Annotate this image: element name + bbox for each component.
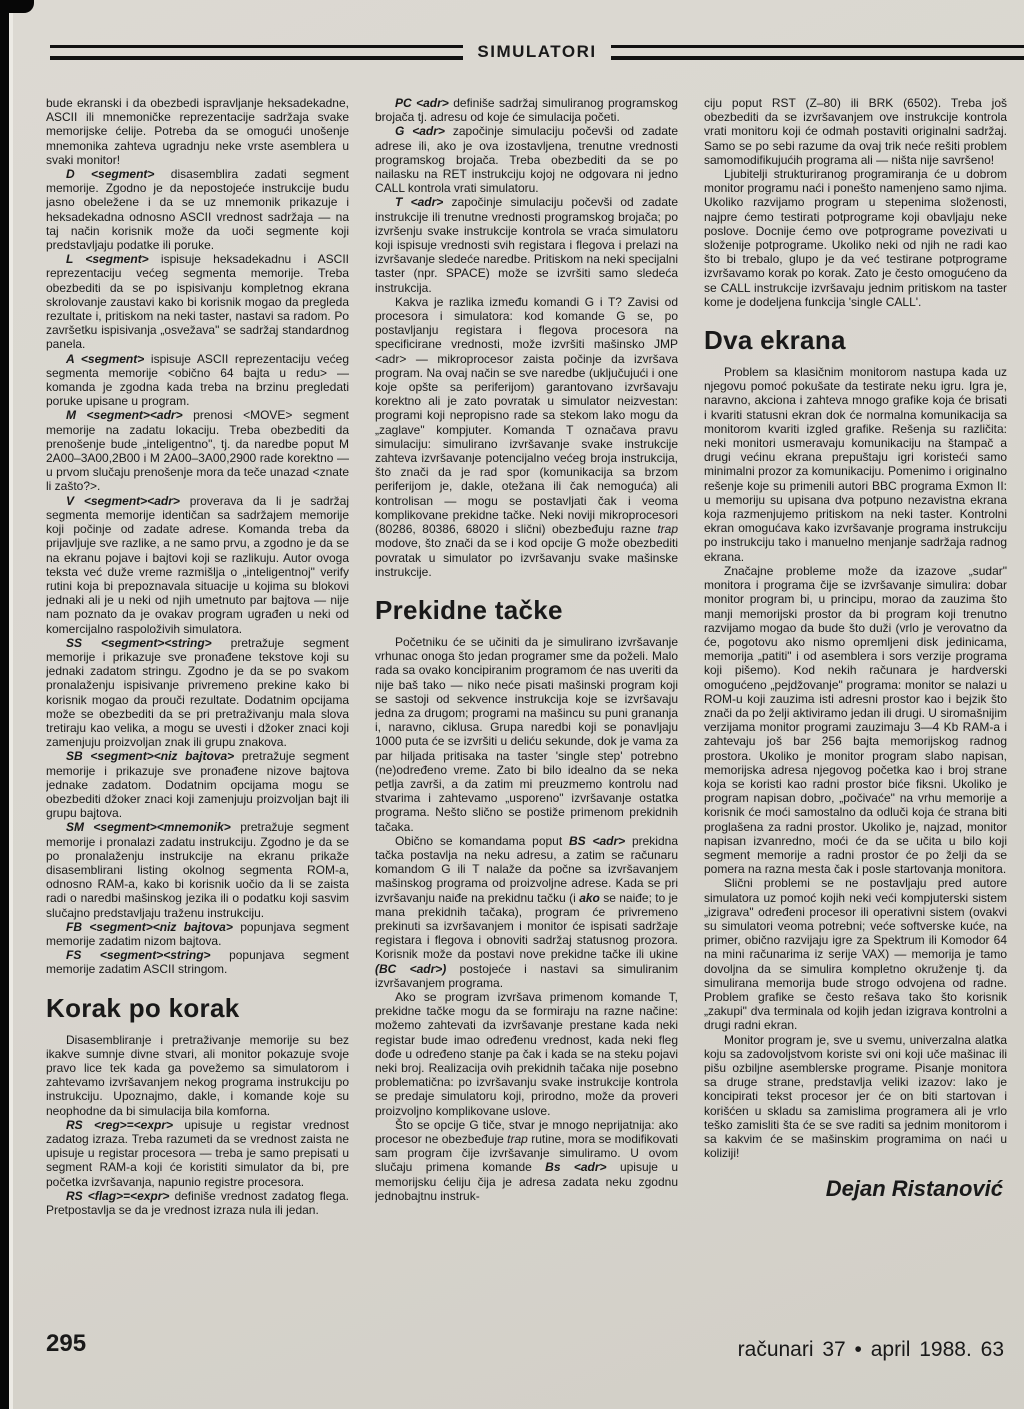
italic-term: trap [657, 522, 678, 536]
paragraph: Disasembliranje i pretraživanje memorije… [46, 1033, 349, 1118]
paragraph: RS <flag>=<expr> definiše vrednost zadat… [46, 1189, 349, 1217]
paragraph: D <segment> disasemblira zadati segment … [46, 167, 349, 252]
command-name: L <segment> [66, 252, 149, 266]
header-rule-right [611, 45, 1024, 60]
command-name: SB <segment><niz bajtova> [66, 749, 234, 763]
column-3: ciju poput RST (Z–80) ili BRK (6502). Tr… [704, 96, 1007, 1324]
paragraph: Monitor program je, sve u svemu, univerz… [704, 1033, 1007, 1161]
paragraph: L <segment> ispisuje heksadekadnu i ASCI… [46, 252, 349, 351]
paragraph: G <adr> započinje simulaciju počevši od … [375, 124, 678, 195]
paragraph: Ako se program izvršava primenom komande… [375, 990, 678, 1118]
paragraph: Što se opcije G tiče, stvar je mnogo nep… [375, 1118, 678, 1203]
paragraph: M <segment><adr> prenosi <MOVE> segment … [46, 408, 349, 493]
paragraph: SM <segment><mnemonik> pretražuje segmen… [46, 820, 349, 919]
command-name: Bs <adr> [545, 1160, 606, 1174]
scan-edge-strip [0, 0, 9, 1409]
paragraph: SB <segment><niz bajtova> pretražuje seg… [46, 749, 349, 820]
article-columns: bude ekranski i da obezbedi ispravljanje… [46, 96, 1008, 1324]
author-signature: Dejan Ristanović [704, 1176, 1007, 1202]
paragraph: ciju poput RST (Z–80) ili BRK (6502). Tr… [704, 96, 1007, 167]
command-name: A <segment> [66, 352, 144, 366]
command-name: V <segment><adr> [66, 494, 180, 508]
paragraph: A <segment> ispisuje ASCII reprezentacij… [46, 352, 349, 409]
header-rule-left [50, 45, 463, 60]
page-header: SIMULATORI [50, 42, 1024, 62]
section-heading: Korak po korak [46, 993, 349, 1024]
paragraph: RS <reg>=<expr> upisuje u registar vredn… [46, 1118, 349, 1189]
paragraph: FS <segment><string> popunjava segment m… [46, 948, 349, 976]
command-name: BS <adr> [569, 834, 625, 848]
command-name: SS <segment><string> [66, 636, 212, 650]
paragraph: FB <segment><niz bajtova> popunjava segm… [46, 920, 349, 948]
column-2: PC <adr> definiše sadržaj simuliranog pr… [375, 96, 678, 1324]
page-title: SIMULATORI [477, 42, 596, 62]
paragraph: V <segment><adr> proverava da li je sadr… [46, 494, 349, 636]
command-name: FS <segment><string> [66, 948, 211, 962]
section-heading: Dva ekrana [704, 325, 1007, 356]
paragraph: SS <segment><string> pretražuje segment … [46, 636, 349, 750]
command-name: M <segment><adr> [66, 408, 183, 422]
command-name: T <adr> [395, 195, 443, 209]
paragraph: Kakva je razlika između komandi G i T? Z… [375, 295, 678, 579]
scan-corner-mark [0, 0, 34, 13]
italic-term: trap [507, 1132, 528, 1146]
paragraph: Problem sa klasičnim monitorom nastupa k… [704, 365, 1007, 564]
paragraph: PC <adr> definiše sadržaj simuliranog pr… [375, 96, 678, 124]
paragraph: Početniku će se učiniti da je simulirano… [375, 635, 678, 834]
scan-edge-sliver [9, 0, 13, 1409]
command-name: D <segment> [66, 167, 154, 181]
command-name: ako [579, 891, 600, 905]
footer-journal-line: računari 37 • april 1988. 63 [738, 1338, 1004, 1362]
command-name: FB <segment><niz bajtova> [66, 920, 233, 934]
command-name: PC <adr> [395, 96, 449, 110]
command-name: (BC <adr>) [375, 962, 446, 976]
paragraph: Značajne probleme može da izazove „sudar… [704, 564, 1007, 876]
column-1: bude ekranski i da obezbedi ispravljanje… [46, 96, 349, 1324]
command-name: G <adr> [395, 124, 445, 138]
command-name: RS <reg>=<expr> [66, 1118, 173, 1132]
paragraph: T <adr> započinje simulaciju počevši od … [375, 195, 678, 294]
magazine-page: SIMULATORI bude ekranski i da obezbedi i… [0, 0, 1024, 1409]
command-name: SM <segment><mnemonik> [66, 820, 231, 834]
paragraph: bude ekranski i da obezbedi ispravljanje… [46, 96, 349, 167]
command-name: RS <flag>=<expr> [66, 1189, 169, 1203]
paragraph: Ljubitelji strukturiranog programiranja … [704, 167, 1007, 309]
paragraph: Obično se komandama poput BS <adr> preki… [375, 834, 678, 990]
footer-page-number: 295 [46, 1330, 86, 1358]
paragraph: Slični problemi se ne postavljaju pred a… [704, 876, 1007, 1032]
section-heading: Prekidne tačke [375, 595, 678, 626]
